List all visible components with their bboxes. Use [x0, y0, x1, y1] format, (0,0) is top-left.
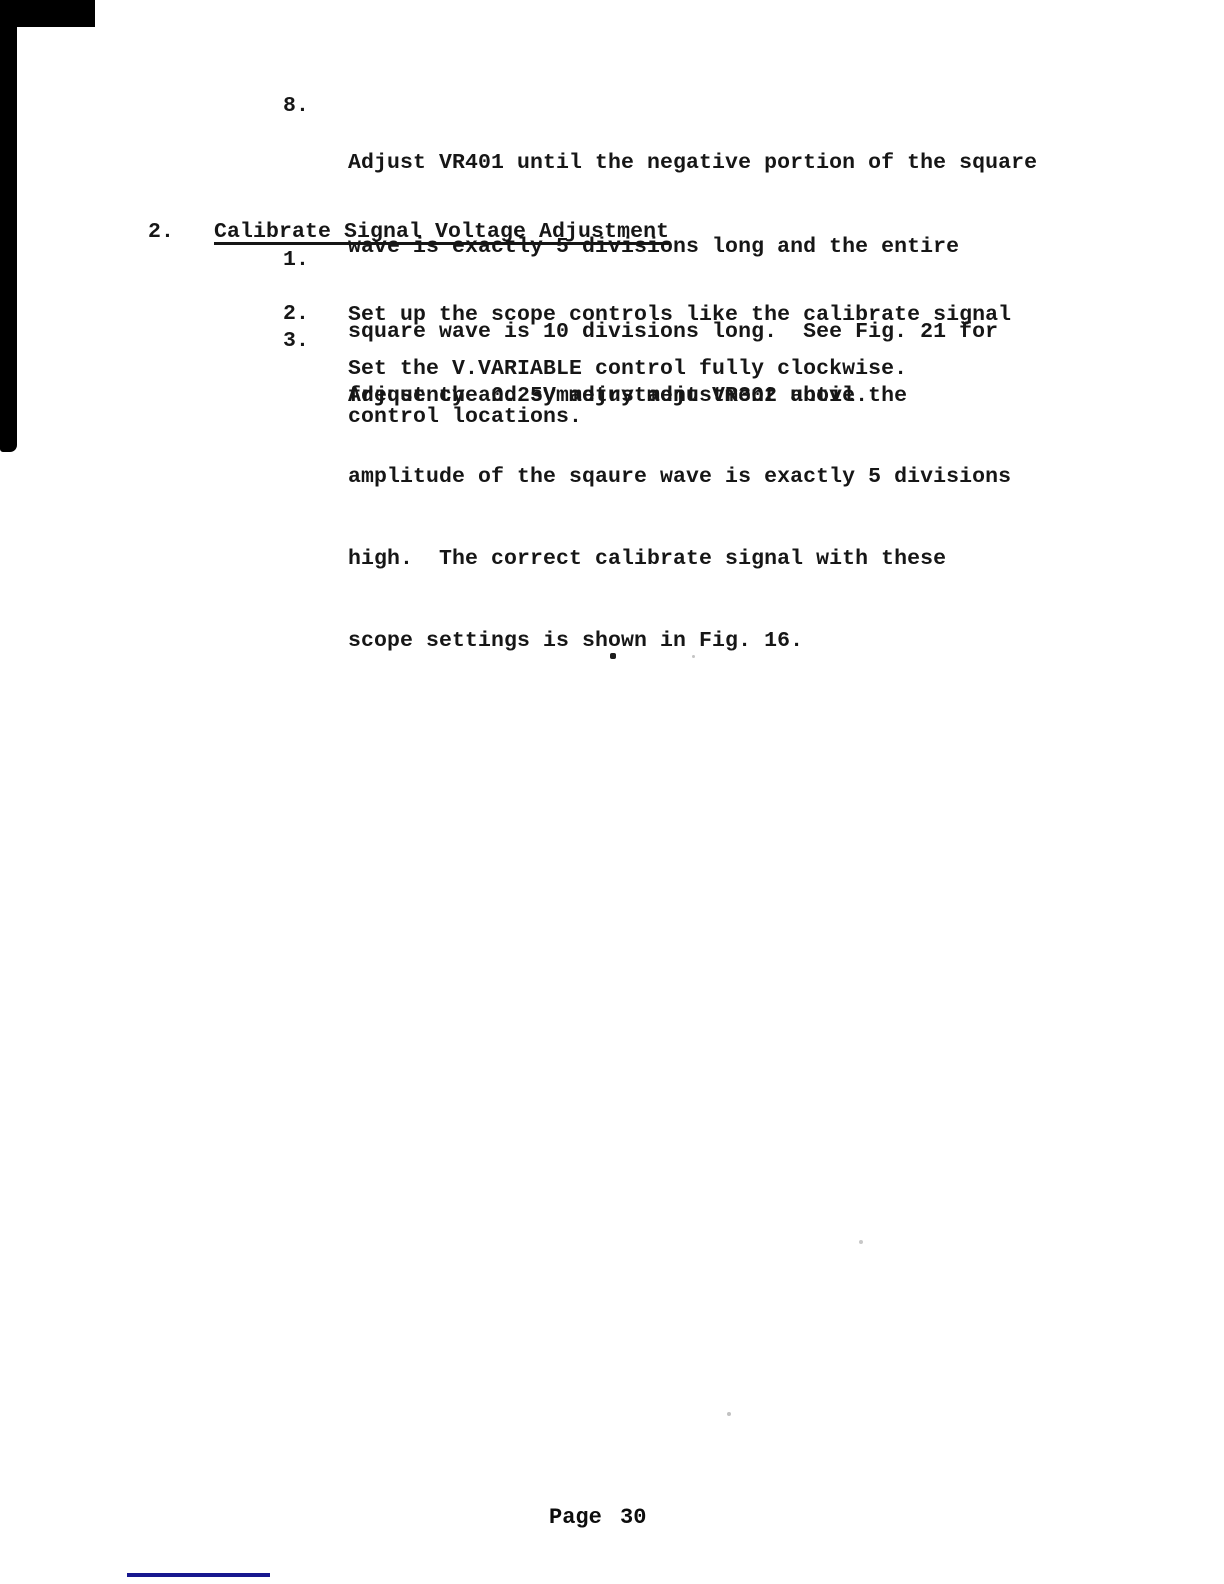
step1-number: 1.: [283, 247, 309, 274]
text-line: Adjust the 0.25V adjustment VR302 until …: [348, 383, 1011, 410]
page-number: Page 30: [549, 1505, 646, 1530]
text-line: Adjust VR401 until the negative portion …: [348, 149, 1037, 177]
section-heading: Calibrate Signal Voltage Adjustment: [214, 219, 669, 246]
scan-speck: [692, 655, 695, 658]
scanned-manual-page: { "colors": { "ink": "#161616", "paper":…: [0, 0, 1224, 1584]
section-number: 2.: [148, 219, 174, 246]
scan-speck: [727, 1412, 731, 1416]
step3-text: Adjust the 0.25V adjustment VR302 until …: [348, 328, 1011, 683]
step2-number: 2.: [283, 301, 309, 328]
scan-speck: [859, 1240, 863, 1244]
text-line: amplitude of the sqaure wave is exactly …: [348, 464, 1011, 491]
item8-number: 8.: [283, 92, 309, 120]
scan-artifact-left-edge: [0, 0, 17, 452]
text-line: scope settings is shown in Fig. 16.: [348, 628, 1011, 655]
step3-number: 3.: [283, 328, 309, 355]
scan-speck: [610, 653, 616, 659]
text-line: high. The correct calibrate signal with …: [348, 546, 1011, 573]
pen-underline-mark: [127, 1573, 270, 1577]
